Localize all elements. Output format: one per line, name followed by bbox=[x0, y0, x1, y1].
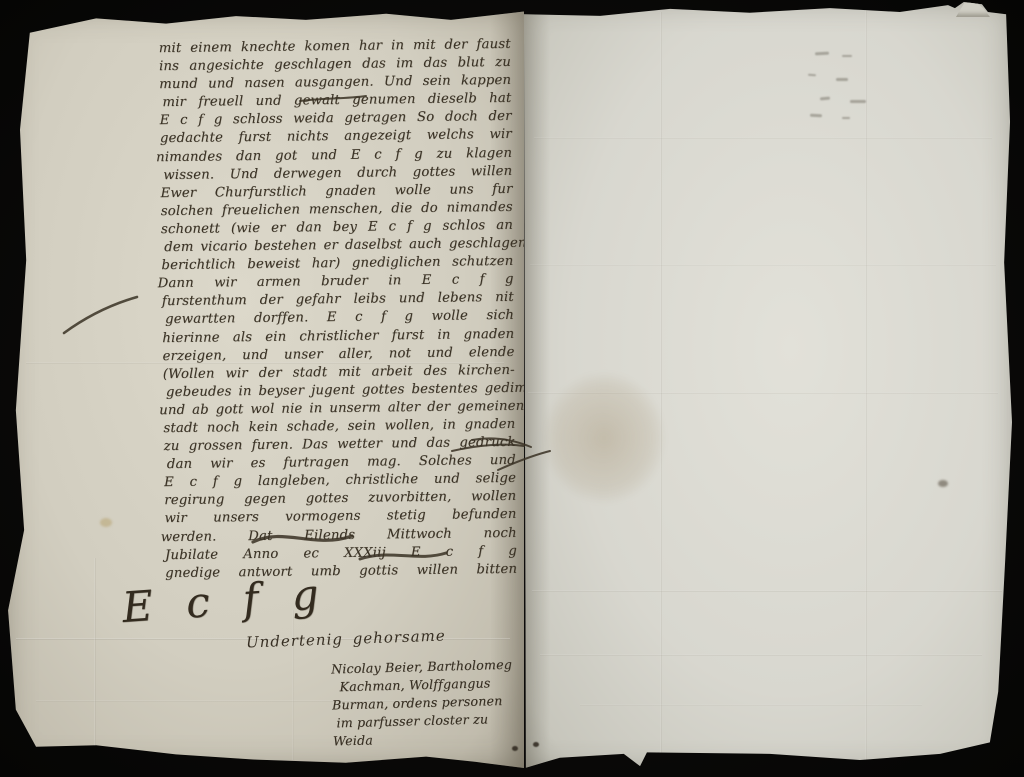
left-page: mit einem knechte komen har in mit der f… bbox=[6, 10, 524, 768]
fold-crease bbox=[865, 10, 867, 760]
gutter-fold-shadow bbox=[520, 2, 550, 770]
fold-crease bbox=[528, 392, 998, 394]
paper-flap bbox=[956, 1, 990, 17]
fold-crease bbox=[580, 704, 922, 706]
paper-stain bbox=[938, 480, 948, 487]
signature-block: Nicolay Beier, Bartholomeg Kachman, Wolf… bbox=[331, 656, 523, 751]
manuscript-text-block: mit einem knechte komen har in mit der f… bbox=[159, 36, 518, 583]
right-page bbox=[520, 2, 1012, 770]
closing-salutation: Undertenig gehorsame bbox=[246, 627, 446, 652]
fold-crease bbox=[534, 137, 992, 139]
fold-crease bbox=[660, 12, 662, 756]
signature-line: Weida bbox=[333, 728, 523, 751]
fold-crease bbox=[94, 558, 96, 758]
monogram-initials: E c f g bbox=[121, 569, 331, 632]
ink-spot bbox=[533, 742, 539, 747]
fold-crease bbox=[530, 264, 996, 266]
fold-crease bbox=[540, 654, 982, 656]
seal-stain bbox=[544, 374, 664, 502]
photo-background: mit einem knechte komen har in mit der f… bbox=[0, 0, 1024, 777]
fold-crease bbox=[532, 590, 1002, 592]
ink-spot bbox=[512, 746, 518, 751]
paper-stain bbox=[100, 518, 112, 527]
